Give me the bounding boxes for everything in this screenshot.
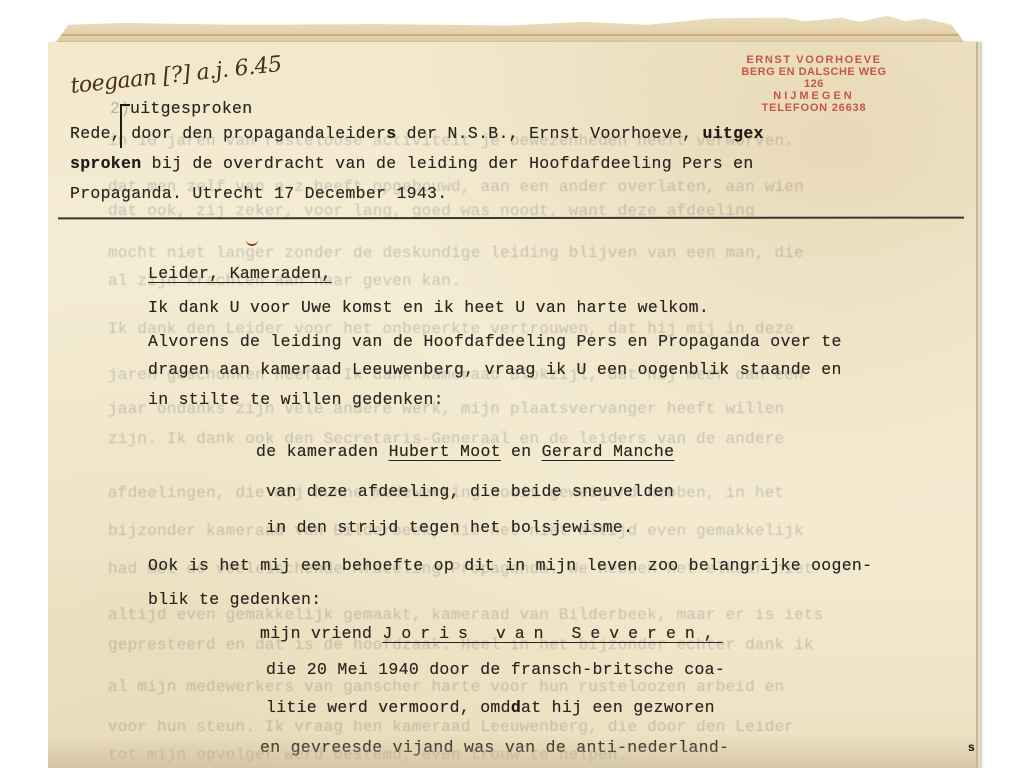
stamp-phone: TELEFOON 26638 — [734, 102, 894, 114]
inserted-word: uitgesproken — [130, 99, 252, 118]
bleed-line: mocht niet langer zonder de deskundige l… — [108, 244, 804, 262]
memorial-text: litie werd vermoord, omd — [266, 698, 511, 717]
memorial-name: Gerard Manche — [542, 442, 675, 461]
memorial-1-line-2: van deze afdeeling, die beide sneuvelden — [266, 482, 674, 501]
paragraph-3-line-1: Ook is het mij een behoefte op dit in mi… — [148, 556, 872, 575]
horizontal-rule — [58, 217, 964, 220]
bleed-line: al mijn medewerkers van ganscher harte v… — [108, 678, 784, 696]
memorial-text: de kameraden — [256, 442, 389, 461]
heading-line-1: Rede, door den propagandaleiders der N.S… — [70, 124, 764, 143]
stamp-name: ERNST VOORHOEVE — [734, 54, 894, 66]
paragraph-1-line-1: Ik dank U voor Uwe komst en ik heet U va… — [148, 298, 709, 317]
memorial-1-line-3: in den strijd tegen het bolsjewisme. — [266, 518, 633, 537]
letterhead-stamp: ERNST VOORHOEVE BERG EN DALSCHE WEG 126 … — [734, 54, 894, 114]
heading-line-2: sproken bij de overdracht van de leiding… — [70, 154, 754, 173]
memorial-name: Hubert Moot — [389, 442, 501, 461]
heading-text: bij de overdracht van de leiding der Hoo… — [141, 154, 753, 173]
heading-text: door den propagandaleider — [121, 124, 386, 143]
paragraph-2-line-3: in stilte te willen gedenken: — [148, 390, 444, 409]
bleed-line: tot mijn opvolger werd bestemd, even tro… — [108, 746, 627, 764]
heading-text: der N.S.B., Ernst Voorhoeve, — [396, 124, 702, 143]
memorial-2-line-1: mijn vriend Joris van Severen, — [260, 624, 723, 643]
memorial-name: Joris van Severen, — [382, 624, 722, 643]
struck-text: uitgex — [703, 124, 764, 143]
heading-rede: Rede, — [70, 124, 121, 143]
memorial-2-line-3: litie werd vermoord, omddat hij een gezw… — [266, 698, 715, 717]
document-page: in 10 jaren van rusteloose activiteit je… — [48, 42, 976, 768]
paragraph-2-line-1: Alvorens de leiding van de Hoofdafdeelin… — [148, 332, 842, 351]
paragraph-2-line-2: dragen aan kameraad Leeuwenberg, vraag i… — [148, 360, 842, 379]
salutation: Leider, Kameraden, — [148, 264, 332, 283]
heading-line-3: Propaganda. Utrecht 17 December 1943. — [70, 184, 447, 203]
memorial-text: mijn vriend — [260, 624, 382, 643]
stamp-street: BERG EN DALSCHE WEG 126 — [734, 66, 894, 90]
memorial-text: en — [501, 442, 542, 461]
stamp-city: NIJMEGEN — [734, 90, 894, 102]
struck-text: d — [511, 698, 521, 717]
struck-text: sproken — [70, 154, 141, 173]
handwritten-annotation: toegaan [?] a.j. 6.45 — [69, 52, 282, 99]
struck-text: s — [386, 124, 396, 143]
memorial-2-line-4: en gevreesde vijand was van de anti-nede… — [260, 738, 729, 757]
memorial-text: at hij een gezworen — [521, 698, 715, 717]
memorial-1-line-1: de kameraden Hubert Moot en Gerard Manch… — [256, 442, 674, 461]
bleed-line: voor hun steun. Ik vraag hen kameraad Le… — [108, 718, 794, 736]
paragraph-3-line-2: blik te gedenken: — [148, 590, 321, 609]
edge-glyph: s — [968, 740, 975, 754]
memorial-2-line-2: die 20 Mei 1940 door de fransch-britsche… — [266, 660, 725, 679]
